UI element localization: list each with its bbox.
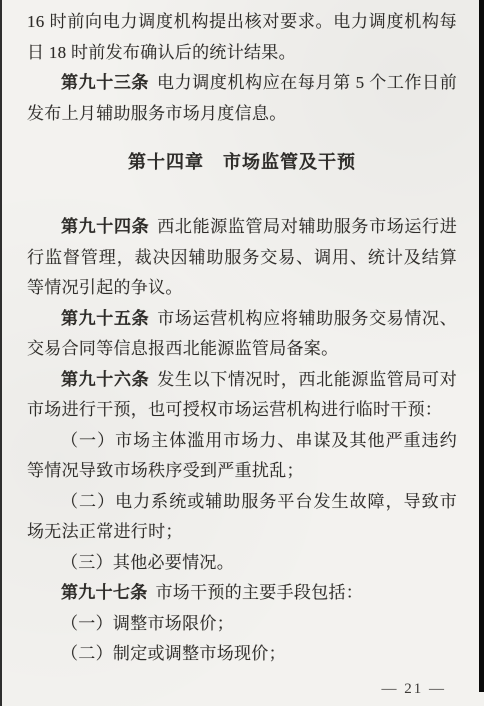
list-item-5: （二）制定或调整市场现价； bbox=[27, 639, 457, 670]
page-number: — 21 — bbox=[382, 681, 447, 698]
article-number: 第九十五条 bbox=[61, 309, 149, 328]
article-text: 市场干预的主要手段包括： bbox=[156, 583, 364, 602]
article-paragraph-97: 第九十七条市场干预的主要手段包括： bbox=[27, 578, 457, 609]
document-page: 16 时前向电力调度机构提出核对要求。电力调度机构每日 18 时前发布确认后的统… bbox=[0, 0, 484, 706]
document-body: 16 时前向电力调度机构提出核对要求。电力调度机构每日 18 时前发布确认后的统… bbox=[27, 7, 457, 670]
chapter-heading: 第十四章 市场监管及干预 bbox=[27, 147, 457, 178]
article-paragraph-94: 第九十四条西北能源监管局对辅助服务市场运行进行监督管理，裁决因辅助服务交易、调用… bbox=[27, 212, 457, 304]
body-paragraph: 16 时前向电力调度机构提出核对要求。电力调度机构每日 18 时前发布确认后的统… bbox=[27, 7, 457, 68]
list-item-2: （二）电力系统或辅助服务平台发生故障，导致市场无法正常进行时； bbox=[27, 487, 457, 548]
article-number: 第九十四条 bbox=[61, 217, 149, 236]
article-paragraph-95: 第九十五条市场运营机构应将辅助服务交易情况、交易合同等信息报西北能源监管局备案。 bbox=[27, 304, 457, 365]
scan-edge-left bbox=[0, 0, 2, 706]
article-paragraph-96: 第九十六条发生以下情况时，西北能源监管局可对市场进行干预，也可授权市场运营机构进… bbox=[27, 365, 457, 426]
article-number: 第九十六条 bbox=[61, 370, 149, 389]
list-item-3: （三）其他必要情况。 bbox=[27, 548, 457, 579]
article-number: 第九十三条 bbox=[61, 73, 149, 92]
article-number: 第九十七条 bbox=[61, 583, 148, 602]
list-item-4: （一）调整市场限价； bbox=[27, 609, 457, 640]
scan-edge-right bbox=[479, 0, 484, 692]
article-paragraph-93: 第九十三条电力调度机构应在每月第 5 个工作日前发布上月辅助服务市场月度信息。 bbox=[27, 68, 457, 129]
list-item-1: （一）市场主体滥用市场力、串谋及其他严重违约等情况导致市场秩序受到严重扰乱； bbox=[27, 426, 457, 487]
